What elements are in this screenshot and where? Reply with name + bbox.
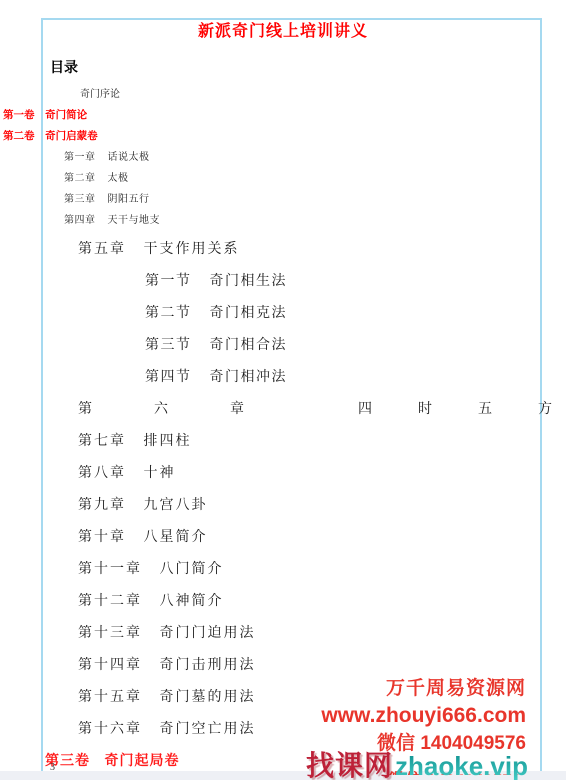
toc-entry-label: 第十三章 [78,626,142,641]
toc-entry: 第十一章 八门简介 [0,554,566,586]
toc-entry: 第二卷 奇门启蒙卷 [0,126,566,147]
toc-entry: 第七章 排四柱 [0,426,566,458]
toc-entry-label: 第十章 [78,530,126,545]
toc-entry-title: 八神简介 [160,594,224,609]
toc-entry: 奇门序论 [0,84,566,105]
toc-entry: 第五章 干支作用关系 [0,234,566,266]
toc-entry-title: 奇门简论 [45,110,87,121]
toc-entry-label: 第七章 [78,434,126,449]
toc-entry-title: 话说太极 [108,152,150,163]
toc-entry-title: 奇门相克法 [210,306,288,321]
toc-entry-label: 第四节 [145,370,192,385]
toc-entry-title: 天干与地支 [108,215,161,226]
toc-entry-label: 第一卷 [3,110,35,121]
toc-entry-title: 八门简介 [160,562,224,577]
toc-entry: 第六章 四时五方 [78,394,552,426]
toc-entry-title: 十神 [144,466,176,481]
toc-entry: 第四节 奇门相冲法 [0,362,566,394]
toc-entry-label: 第二卷 [3,131,35,142]
toc-entry-label: 第一章 [64,152,96,163]
watermark-site-url[interactable]: www.zhouyi666.com [321,702,526,730]
toc-entry-title: 九宫八卦 [144,498,208,513]
toc-entry-title: 奇门门迫用法 [160,626,256,641]
toc-entry-title: 奇门墓的用法 [160,690,256,705]
toc-entry: 第一卷 奇门简论 [0,105,566,126]
table-of-contents: 目录 奇门序论 第一卷 奇门简论 第二卷 奇门启蒙卷 第一章 话说太极 第二章 … [0,60,566,778]
toc-entry-label: 第三节 [145,338,192,353]
doc-title: 新派奇门线上培训讲义 [0,22,566,42]
toc-entry: 第一节 奇门相生法 [0,266,566,298]
toc-entry: 第四章 天干与地支 [0,210,566,231]
toc-entry: 第三章 阴阳五行 [0,189,566,210]
toc-entry: 第十三章 奇门门迫用法 [0,618,566,650]
toc-entry-label: 第一节 [145,274,192,289]
toc-entry-title: 奇门启蒙卷 [45,131,98,142]
toc-entry-label: 第十二章 [78,594,142,609]
zhaoke-logo[interactable]: 找课网zhaoke.vip [306,744,528,780]
toc-entry-label: 第十一章 [78,562,142,577]
toc-entry-title: 干支作用关系 [144,242,240,257]
toc-entry-label: 第四章 [64,215,96,226]
toc-entry-title: 四时五方 [358,394,566,426]
toc-entry-title: 奇门序论 [80,89,120,100]
toc-entry: 第二章 太极 [0,168,566,189]
toc-entry-label: 第二节 [145,306,192,321]
toc-list: 奇门序论 第一卷 奇门简论 第二卷 奇门启蒙卷 第一章 话说太极 第二章 太极 … [0,84,566,778]
toc-entry-label: 第十四章 [78,658,142,673]
toc-entry-title: 奇门击刑用法 [160,658,256,673]
toc-entry-label: 第十六章 [78,722,142,737]
toc-entry-title: 奇门相冲法 [210,370,288,385]
toc-entry: 第二节 奇门相克法 [0,298,566,330]
toc-entry-title: 太极 [108,173,129,184]
zhaoke-logo-domain: zhaoke.vip [395,751,528,780]
toc-entry-label: 第六章 [78,394,306,426]
toc-entry-label: 第二章 [64,173,96,184]
toc-entry-title: 奇门相合法 [210,338,288,353]
toc-entry: 第一章 话说太极 [0,147,566,168]
toc-entry-label: 第五章 [78,242,126,257]
toc-entry: 第十二章 八神简介 [0,586,566,618]
toc-entry: 第十章 八星简介 [0,522,566,554]
page-number: 3 [50,762,55,773]
toc-entry-title: 奇门相生法 [210,274,288,289]
toc-entry-label: 第十五章 [78,690,142,705]
toc-entry-label: 第九章 [78,498,126,513]
watermark-site-name: 万千周易资源网 [321,676,526,702]
toc-entry-title: 阴阳五行 [108,194,150,205]
toc-entry: 第三节 奇门相合法 [0,330,566,362]
toc-entry-label: 第三章 [64,194,96,205]
toc-heading: 目录 [0,60,566,78]
zhaoke-logo-cn: 找课网 [306,750,393,780]
toc-entry-title: 八星简介 [144,530,208,545]
toc-entry-label: 第八章 [78,466,126,481]
toc-entry-title: 奇门空亡用法 [160,722,256,737]
toc-entry: 第八章 十神 [0,458,566,490]
toc-entry-title: 奇门起局卷 [105,754,180,769]
toc-entry: 第九章 九宫八卦 [0,490,566,522]
toc-entry-title: 排四柱 [144,434,192,449]
